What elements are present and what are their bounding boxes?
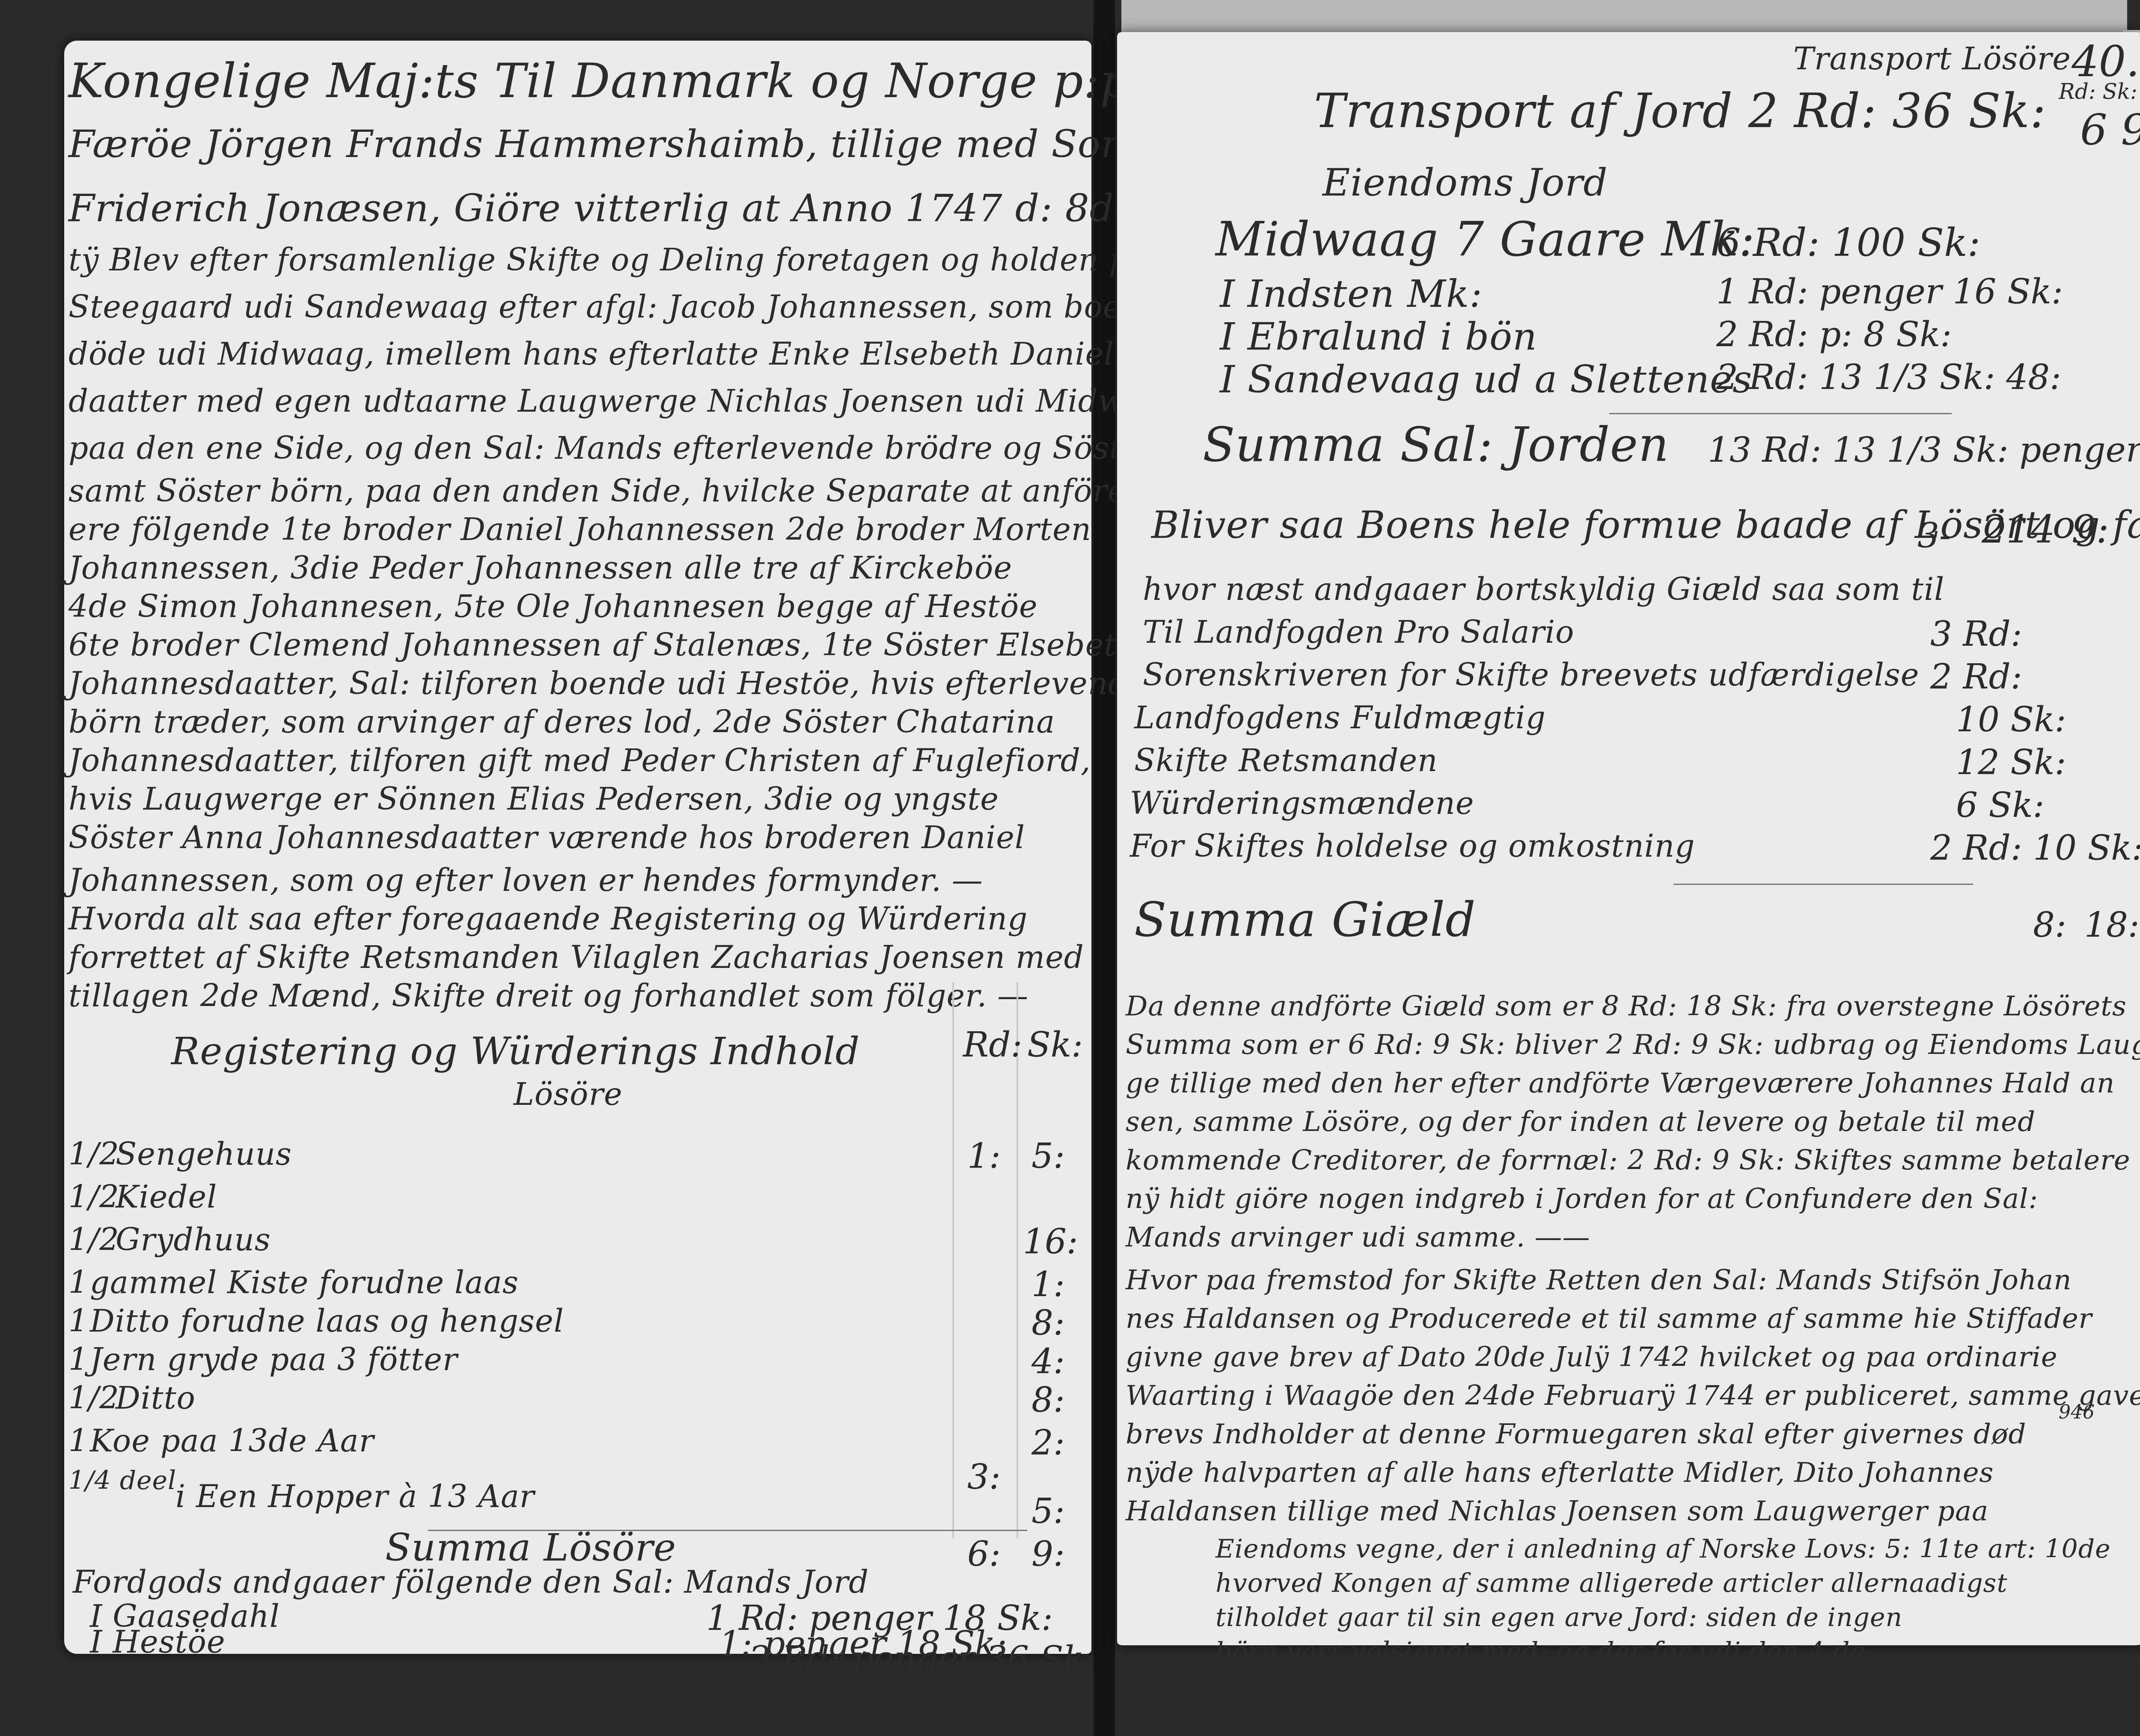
margin-note: 946 [2059, 1401, 2095, 1423]
intro-line: paa den ene Side, og den Sal: Mands efte… [68, 430, 1156, 466]
intro-line: Friderich Jonæsen, Giöre vitterlig at An… [68, 186, 1271, 230]
debt-row-value: 3 Rd: [1930, 614, 2022, 654]
intro-line: tÿ Blev efter forsamlenlige Skifte og De… [68, 242, 1167, 278]
col-header-sk: Sk: [1027, 1025, 1083, 1065]
closing-line: givne gave brev af Dato 20de Julÿ 1742 h… [1126, 1341, 2058, 1373]
summa-debt-rd: 8: [2033, 905, 2066, 945]
inventory-subheading: Lösöre [514, 1076, 622, 1112]
closing-line: Haldansen tillige med Nichlas Joensen so… [1126, 1496, 1988, 1527]
property-row: I Indsten Mk: [1220, 272, 1483, 316]
intro-line: samt Söster börn, paa den anden Side, hv… [68, 473, 1126, 509]
left-page: Kongelige Maj:ts Til Danmark og Norge p:… [64, 41, 1091, 1654]
debt-row-label: Würderingsmændene [1130, 785, 1474, 821]
closing-line: Eiendoms vegne, der i anledning af Norsk… [1216, 1534, 2111, 1564]
property-row: I Ebralund i bön [1220, 315, 1537, 359]
column-rule [952, 982, 954, 1538]
closing-line: Summa som er 6 Rd: 9 Sk: bliver 2 Rd: 9 … [1126, 1029, 2140, 1061]
total-rule [1609, 413, 1952, 414]
closing-line: Mands arvinger udi samme. —— [1126, 1222, 1590, 1253]
debt-row-value: 10 Sk: [1956, 700, 2066, 739]
intro-line: Steegaard udi Sandewaag efter afgl: Jaco… [68, 289, 1210, 325]
closing-line: Waarting i Waagöe den 24de Februarÿ 1744… [1126, 1380, 2140, 1412]
closing-line: kommende Creditorer, de forrnæl: 2 Rd: 9… [1126, 1145, 2131, 1176]
debt-row-value: 12 Sk: [1956, 742, 2066, 782]
land-total: 2 Rd: penger 36 Sk: [749, 1639, 1096, 1679]
intro-line: Hvorda alt saa efter foregaaende Registe… [68, 901, 1028, 937]
intro-line: Johannesdaatter, tilforen gift med Peder… [68, 742, 1091, 778]
transport-jord: Transport af Jord 2 Rd: 36 Sk: [1314, 83, 2046, 138]
debt-row-label: Landfogdens Fuldmægtig [1134, 700, 1546, 736]
intro-line: börn træder, som arvinger af deres lod, … [68, 704, 1055, 740]
summa-land-value: 13 Rd: 13 1/3 Sk: penger 208: [1708, 430, 2140, 470]
intro-line: Johannesdaatter, Sal: tilforen boende ud… [68, 665, 1147, 701]
transport-units: Rd: Sk: [2059, 79, 2137, 104]
col-header-rd: Rd: [963, 1025, 1022, 1065]
intro-line: döde udi Midwaag, imellem hans efterlatt… [68, 336, 1130, 372]
intro-line: Johannessen, 3die Peder Johannessen alle… [68, 550, 1012, 586]
land-intro: Fordgods andgaaer fölgende den Sal: Mand… [73, 1564, 869, 1600]
summa-debt-sk: 18: [2084, 905, 2140, 945]
intro-line: ere fölgende 1te broder Daniel Johanness… [68, 511, 1091, 547]
debts-intro: hvor næst andgaaer bortskyldig Giæld saa… [1143, 571, 1944, 607]
estate-sk: 9: [2072, 507, 2109, 552]
transport-sk: 6 9 [2080, 105, 2140, 155]
debt-row-label: Sorenskriveren for Skifte breevets udfær… [1143, 657, 1919, 693]
transport-lösöre-label: Transport Lösöre [1793, 41, 2071, 77]
closing-line: börn varr velsignet med: og der for udi … [1216, 1637, 1866, 1667]
right-page: Transport Lösöre 40. Rd: Sk: 6 9 Transpo… [1117, 32, 2140, 1645]
estate-rd: 3- [1917, 516, 1951, 555]
closing-line: tilholdet gaar til sin egen arve Jord: s… [1216, 1602, 1902, 1632]
closing-line: ge tillige med den her efter andförte Væ… [1126, 1068, 2115, 1099]
intro-line: hvis Laugwerge er Sönnen Elias Pedersen,… [68, 781, 999, 817]
closing-line: nes Haldansen og Producerede et til samm… [1126, 1303, 2092, 1335]
closing-line: brevs Indholder at denne Formuegaren ska… [1126, 1418, 2026, 1450]
estate-mid: 214 [1982, 507, 2055, 552]
debt-row-label: Skifte Retsmanden [1134, 742, 1438, 778]
debt-row-label: For Skiftes holdelse og omkostning [1130, 828, 1695, 864]
debt-row-label: Til Landfogden Pro Salario [1143, 614, 1574, 650]
summa-lösöre-label: Summa Lösöre [385, 1525, 676, 1570]
summa-sk: 9: [1031, 1534, 1065, 1574]
summa-rd: 6: [967, 1534, 1001, 1574]
intro-line: Johannessen, som og efter loven er hende… [68, 862, 983, 898]
property-value: 6 Rd: 100 Sk: [1716, 220, 1980, 265]
property-value: 2 Rd: 13 1/3 Sk: 48: [1716, 357, 2061, 397]
closing-line: Da denne andförte Giæld som er 8 Rd: 18 … [1126, 991, 2127, 1022]
debt-row-value: 2 Rd: 10 Sk: [1930, 828, 2140, 868]
property-row: I Sandevaag ud a Slettenes [1220, 357, 1752, 401]
intro-line: forrettet af Skifte Retsmanden Vilaglen … [68, 939, 1084, 975]
closing-line: hvorved Kongen af samme alligerede artic… [1216, 1568, 2008, 1598]
total-rule [1673, 884, 1973, 885]
summa-debt-label: Summa Giæld [1134, 892, 1476, 947]
closing-line: Hvor paa fremstod for Skifte Retten den … [1126, 1264, 2072, 1296]
intro-line: Söster Anna Johannesdaatter værende hos … [68, 819, 1025, 855]
intro-line: tillagen 2de Mænd, Skifte dreit og forha… [68, 978, 1028, 1014]
debt-row-value: 6 Sk: [1956, 785, 2045, 825]
closing-line: sen, samme Lösöre, og der for inden at l… [1126, 1106, 2036, 1138]
property-row: Midwaag 7 Gaare Mk: [1216, 212, 1755, 267]
debt-row-value: 2 Rd: [1930, 657, 2022, 697]
closing-line: nÿde halvparten af alle hans efterlatte … [1126, 1457, 1994, 1489]
land-row-label: I Hestöe [90, 1624, 226, 1660]
property-value: 1 Rd: penger 16 Sk: [1716, 272, 2063, 312]
summa-land-label: Summa Sal: Jorden [1203, 417, 1669, 472]
column-rule [1016, 982, 1018, 1538]
inventory-heading: Registering og Würderings Indhold [171, 1029, 860, 1073]
intro-line: 4de Simon Johannesen, 5te Ole Johannesen… [68, 588, 1038, 624]
section-title: Eiendoms Jord [1323, 160, 1608, 205]
closing-line: nÿ hidt giöre nogen indgreb i Jorden for… [1126, 1183, 2038, 1215]
intro-line: 6te broder Clemend Johannessen af Stalen… [68, 627, 1137, 663]
property-value: 2 Rd: p: 8 Sk: [1716, 315, 1952, 354]
intro-line: daatter med egen udtaarne Laugwerge Nich… [68, 383, 1183, 419]
